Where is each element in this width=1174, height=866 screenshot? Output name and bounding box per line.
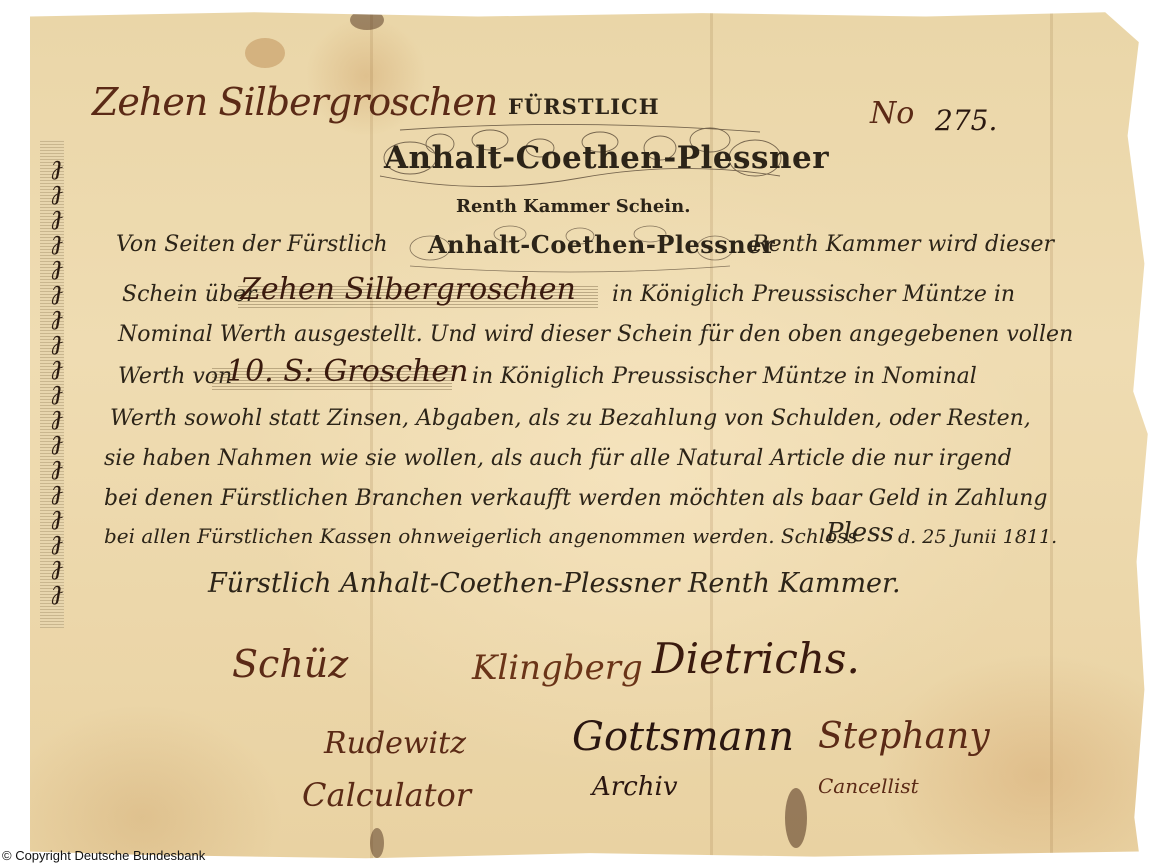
amount-in-words: Zehen Silbergroschen xyxy=(240,272,576,307)
body-line-3: Nominal Werth ausgestellt. Und wird dies… xyxy=(118,322,1073,347)
title-renth-kammer-schein: Renth Kammer Schein. xyxy=(456,196,690,217)
signature-dietrichs: Dietrichs. xyxy=(652,634,860,683)
body-line-8a: bei allen Fürstlichen Kassen ohnweigerli… xyxy=(104,524,858,548)
stain xyxy=(370,828,384,858)
body-line-4c: in Königlich Preussischer Müntze in Nomi… xyxy=(472,364,977,389)
signature-klingberg: Klingberg xyxy=(472,648,643,688)
stain xyxy=(350,10,384,30)
amount-in-figures: 10. S: Groschen xyxy=(226,354,468,389)
copyright-notice: © Copyright Deutsche Bundesbank xyxy=(2,848,205,863)
issue-date: d. 25 Junii 1811. xyxy=(898,526,1057,548)
body-line-1c: Renth Kammer wird dieser xyxy=(752,232,1054,257)
body-line-6: sie haben Nahmen wie sie wollen, als auc… xyxy=(104,446,1012,471)
left-margin-scroll-ornament: ℓℓℓℓℓℓℓℓℓℓℓℓℓℓℓℓℓℓℓℓℓℓ xyxy=(40,160,64,610)
body-line-1a: Von Seiten der Fürstlich xyxy=(116,232,388,257)
body-line-1b: Anhalt-Coethen-Plessner xyxy=(428,230,775,259)
signature-gottsmann: Gottsmann xyxy=(572,714,794,760)
stain xyxy=(245,38,285,68)
stain xyxy=(785,788,807,848)
body-line-7: bei denen Fürstlichen Branchen verkaufft… xyxy=(104,486,1048,511)
title-anhalt-coethen-plessner: Anhalt-Coethen-Plessner xyxy=(384,140,829,176)
fold-line xyxy=(1050,8,1053,860)
signature-stephany: Stephany xyxy=(818,716,990,757)
signature-rudewitz: Rudewitz xyxy=(324,726,466,761)
body-line-2c: in Königlich Preussischer Müntze in xyxy=(612,282,1015,307)
signature-schuez: Schüz xyxy=(232,642,348,686)
title-cancellist: Cancellist xyxy=(818,774,919,798)
title-fuerstlich: FÜRSTLICH xyxy=(508,94,660,119)
serial-number-label: No xyxy=(870,96,914,131)
body-line-5: Werth sowohl statt Zinsen, Abgaben, als … xyxy=(110,406,1031,431)
body-line-2a: Schein über xyxy=(122,282,257,307)
serial-number: 275. xyxy=(935,104,997,137)
title-calculator: Calculator xyxy=(302,776,471,814)
place-pless: Pless xyxy=(826,518,894,548)
issuer-line: Fürstlich Anhalt-Coethen-Plessner Renth … xyxy=(208,568,901,599)
title-archiv: Archiv xyxy=(592,772,678,802)
